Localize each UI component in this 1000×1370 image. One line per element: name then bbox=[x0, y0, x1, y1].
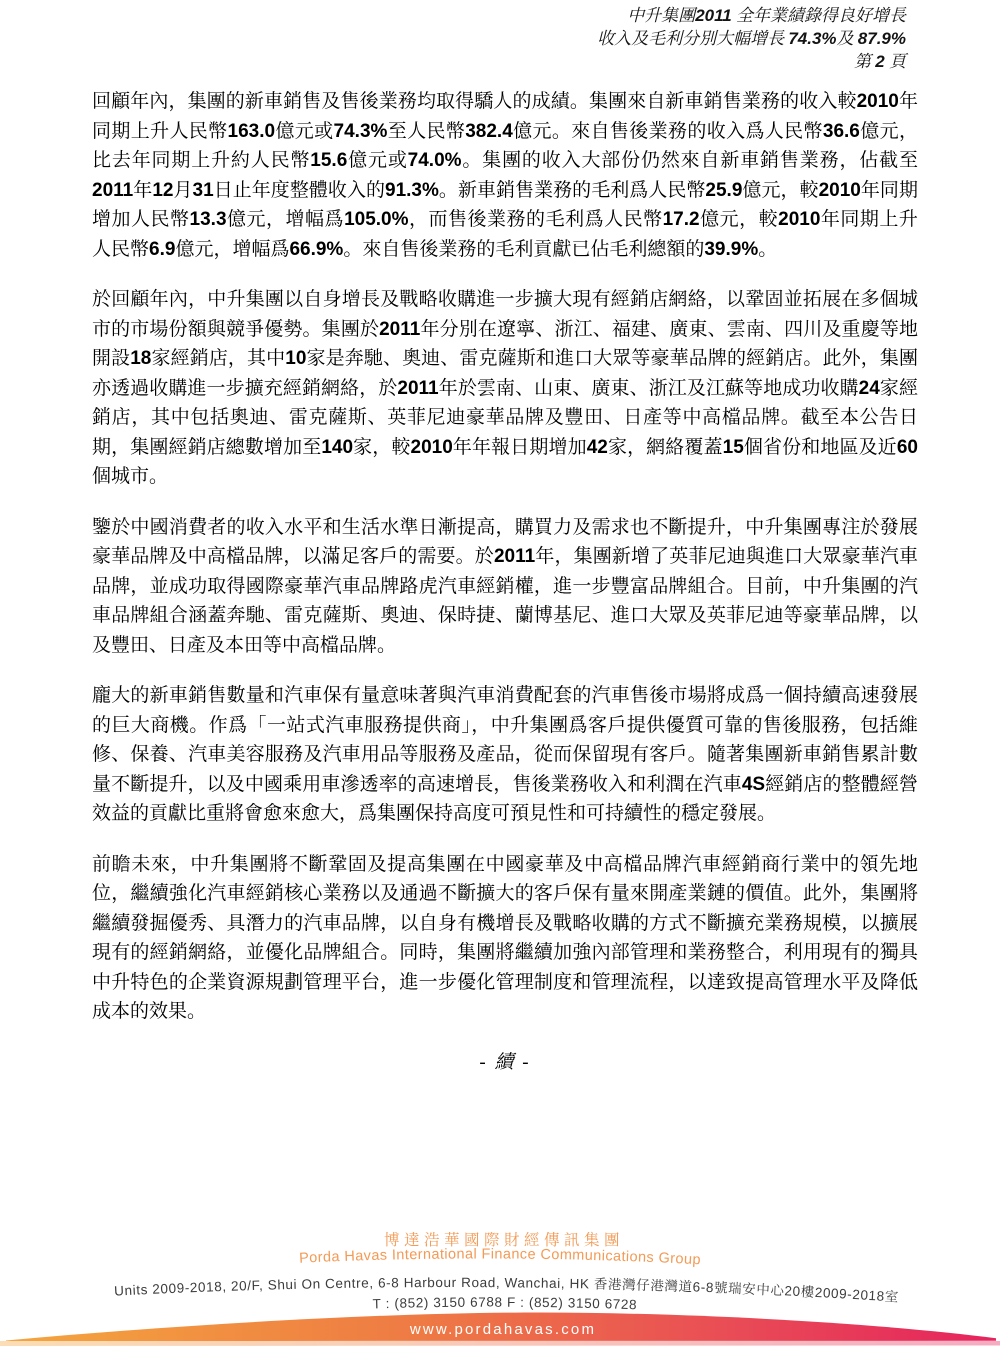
footer-company-name-en: Porda Havas International Finance Commun… bbox=[299, 1246, 701, 1268]
page-number: 第 2 頁 bbox=[597, 50, 906, 73]
continuation-marker: - 續 - bbox=[92, 1048, 918, 1078]
footer-website-url: www.pordahavas.com bbox=[409, 1321, 596, 1338]
page-header: 中升集團2011 全年業績錄得良好增長 收入及毛利分別大幅增長 74.3%及 8… bbox=[597, 4, 906, 73]
footer-company-name-en-text: Porda Havas International Finance Commun… bbox=[299, 1246, 701, 1268]
paragraph-aftersales-market: 龐大的新車銷售數量和汽車保有量意味著與汽車消費配套的汽車售後市場將成爲一個持續高… bbox=[92, 681, 918, 829]
paragraph-network-expansion: 於回顧年內，中升集團以自身增長及戰略收購進一步擴大現有經銷店網絡，以鞏固並拓展在… bbox=[92, 285, 918, 492]
paragraph-brand-portfolio: 鑒於中國消費者的收入水平和生活水準日漸提高，購買力及需求也不斷提升，中升集團專注… bbox=[92, 513, 918, 661]
footer: 博達浩華國際財經傳訊集團 Porda Havas International F… bbox=[0, 1220, 1000, 1370]
footer-company-name-cn: 博達浩華國際財經傳訊集團 bbox=[384, 1231, 624, 1249]
header-title-line: 中升集團2011 全年業績錄得良好增長 bbox=[597, 4, 906, 27]
paragraph-outlook: 前瞻未來，中升集團將不斷鞏固及提高集團在中國豪華及中高檔品牌汽車經銷商行業中的領… bbox=[92, 850, 918, 1027]
footer-phone-fax: T : (852) 3150 6788 F : (852) 3150 6728 bbox=[372, 1295, 637, 1313]
footer-phone-fax-text: T : (852) 3150 6788 F : (852) 3150 6728 bbox=[372, 1295, 637, 1313]
press-release-page: 中升集團2011 全年業績錄得良好增長 收入及毛利分別大幅增長 74.3%及 8… bbox=[0, 0, 1000, 1370]
paragraph-review-results: 回顧年內，集團的新車銷售及售後業務均取得驕人的成績。集團來自新車銷售業務的收入較… bbox=[92, 87, 918, 264]
header-subtitle-line: 收入及毛利分別大幅增長 74.3%及 87.9% bbox=[597, 27, 906, 50]
footer-ribbon-underglow bbox=[0, 1341, 1000, 1346]
document-body: 回顧年內，集團的新車銷售及售後業務均取得驕人的成績。集團來自新車銷售業務的收入較… bbox=[92, 87, 918, 1077]
